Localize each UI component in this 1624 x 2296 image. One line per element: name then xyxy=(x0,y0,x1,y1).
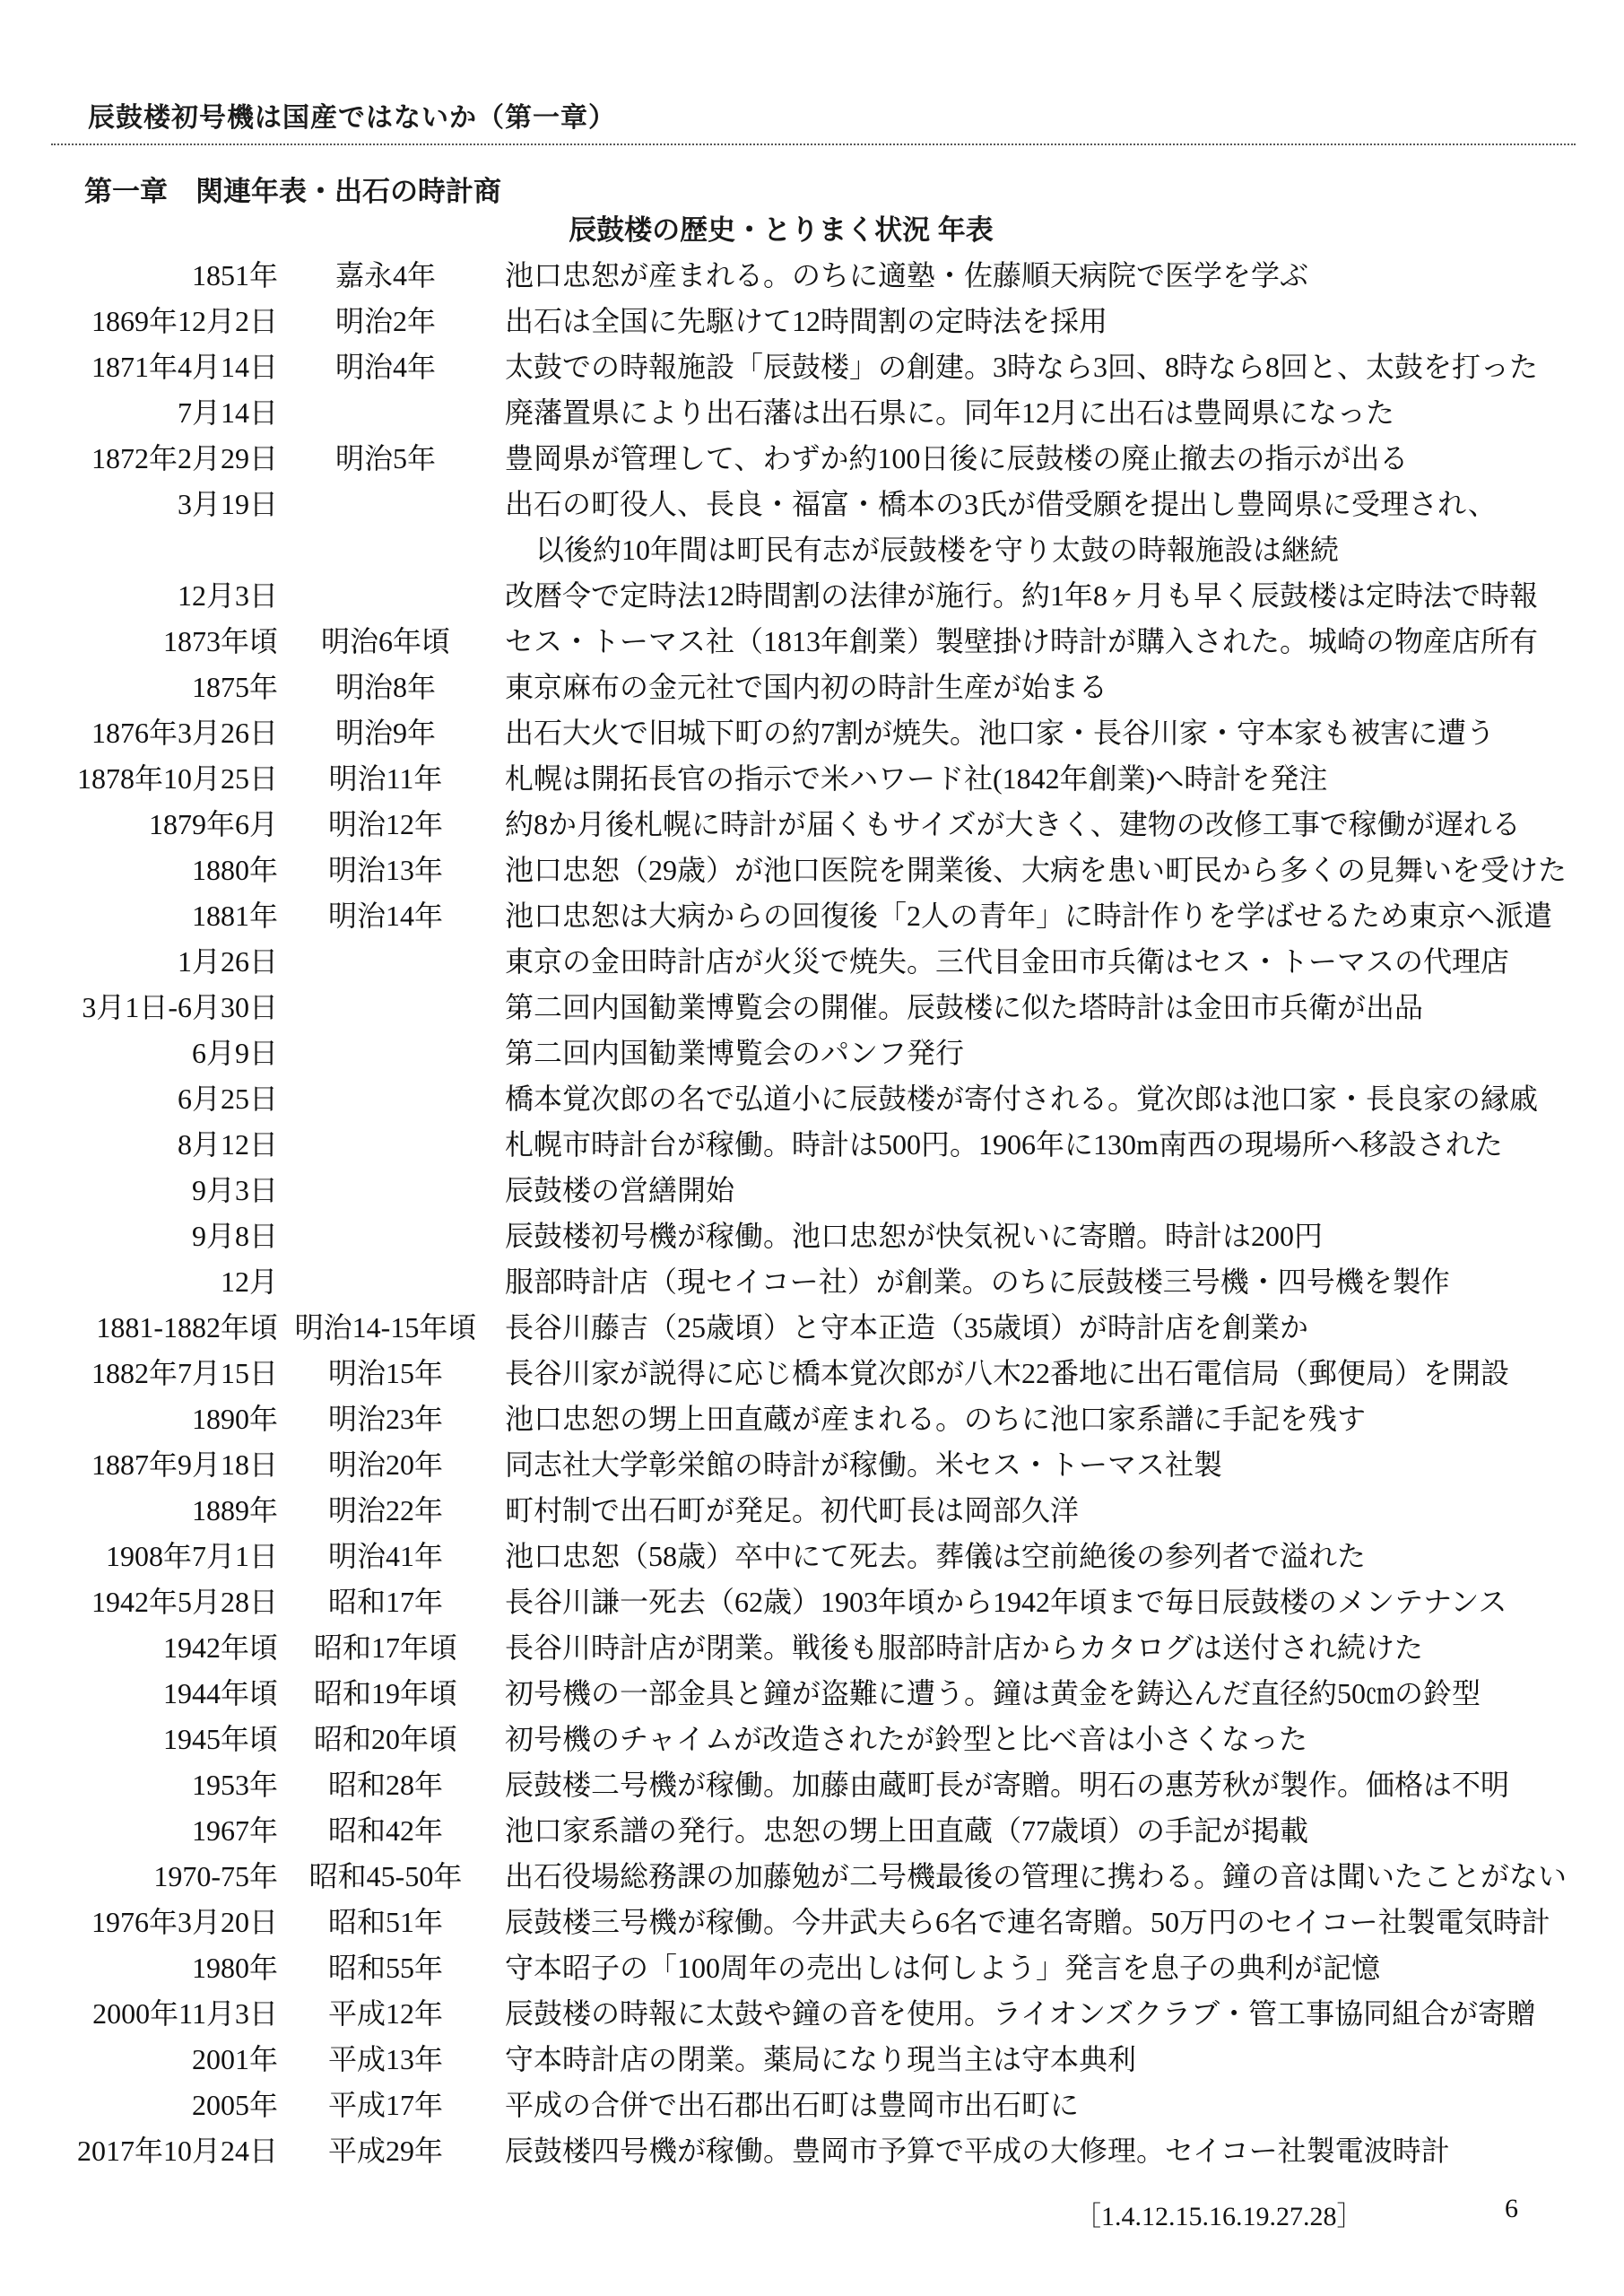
desc-cell: 第二回内国勧業博覧会のパンフ発行 xyxy=(505,1031,964,1076)
date-cell: 1875年 xyxy=(36,665,278,710)
timeline-row: 6月9日 第二回内国勧業博覧会のパンフ発行 xyxy=(36,1031,1596,1076)
timeline-row: 1869年12月2日 明治2年 出石は全国に先駆けて12時間割の定時法を採用 xyxy=(36,299,1596,344)
era-cell: 昭和45-50年 xyxy=(287,1854,484,1900)
timeline-row: 2017年10月24日 平成29年 辰鼓楼四号機が稼働。豊岡市予算で平成の大修理… xyxy=(36,2128,1596,2174)
desc-cell: 辰鼓楼二号機が稼働。加藤由蔵町長が寄贈。明石の惠芳秋が製作。価格は不明 xyxy=(505,1762,1509,1808)
date-cell: 1878年10月25日 xyxy=(36,756,278,802)
date-cell: 12月 xyxy=(36,1259,278,1305)
date-cell: 1869年12月2日 xyxy=(36,299,278,344)
timeline-row: 1881-1882年頃 明治14-15年頃 長谷川藤吉（25歳頃）と守本正造（3… xyxy=(36,1305,1596,1351)
timeline-row: 8月12日 札幌市時計台が稼働。時計は500円。1906年に130m南西の現場所… xyxy=(36,1122,1596,1168)
date-cell: 1970-75年 xyxy=(36,1854,278,1900)
page-number: 6 xyxy=(1505,2194,1518,2224)
chapter-title: 第一章 関連年表・出石の時計商 xyxy=(84,169,501,209)
desc-cell: 辰鼓楼の営繕開始 xyxy=(505,1168,734,1213)
date-cell: 1942年5月28日 xyxy=(36,1579,278,1625)
date-cell: 6月25日 xyxy=(36,1076,278,1122)
date-cell: 1887年9月18日 xyxy=(36,1442,278,1488)
date-cell: 1873年頃 xyxy=(36,619,278,665)
timeline-row: 1890年 明治23年 池口忠恕の甥上田直蔵が産まれる。のちに池口家系譜に手記を… xyxy=(36,1396,1596,1442)
date-cell: 1851年 xyxy=(36,253,278,299)
date-cell: 1880年 xyxy=(36,848,278,893)
timeline-row: 1873年頃 明治6年頃 セス・トーマス社（1813年創業）製壁掛け時計が購入さ… xyxy=(36,619,1596,665)
era-cell: 昭和17年 xyxy=(287,1579,484,1625)
timeline-row: 6月25日 橋本覚次郎の名で弘道小に辰鼓楼が寄付される。覚次郎は池口家・長良家の… xyxy=(36,1076,1596,1122)
desc-cell: 豊岡県が管理して、わずか約100日後に辰鼓楼の廃止撤去の指示が出る xyxy=(505,436,1408,482)
date-cell: 1889年 xyxy=(36,1488,278,1534)
desc-cell: 出石大火で旧城下町の約7割が焼失。池口家・長谷川家・守本家も被害に遭う xyxy=(505,710,1495,756)
date-cell: 1980年 xyxy=(36,1945,278,1991)
era-cell: 明治6年頃 xyxy=(287,619,484,665)
timeline-row: 1879年6月 明治12年 約8か月後札幌に時計が届くもサイズが大きく、建物の改… xyxy=(36,802,1596,848)
footer-references: ［1.4.12.15.16.19.27.28］ xyxy=(1074,2194,1364,2233)
timeline-row: 1980年 昭和55年 守本昭子の「100周年の売出しは何しよう」発言を息子の典… xyxy=(36,1945,1596,1991)
timeline-row: 9月8日 辰鼓楼初号機が稼働。池口忠恕が快気祝いに寄贈。時計は200円 xyxy=(36,1213,1596,1259)
date-cell: 1881年 xyxy=(36,893,278,939)
timeline-row: 1880年 明治13年 池口忠恕（29歳）が池口医院を開業後、大病を患い町民から… xyxy=(36,848,1596,893)
date-cell: 2001年 xyxy=(36,2037,278,2083)
date-cell: 6月9日 xyxy=(36,1031,278,1076)
desc-cell: 池口家系譜の発行。忠恕の甥上田直蔵（77歳頃）の手記が掲載 xyxy=(505,1808,1308,1854)
desc-cell: 池口忠恕（58歳）卒中にて死去。葬儀は空前絶後の参列者で溢れた xyxy=(505,1534,1366,1579)
running-header: 辰鼓楼初号機は国産ではないか（第一章） xyxy=(88,95,616,135)
era-cell: 昭和17年頃 xyxy=(287,1625,484,1671)
timeline-row: 3月19日 出石の町役人、長良・福富・橋本の3氏が借受願を提出し豊岡県に受理され… xyxy=(36,482,1596,527)
timeline-row: 1882年7月15日 明治15年 長谷川家が説得に応じ橋本覚次郎が八木22番地に… xyxy=(36,1351,1596,1396)
timeline-table: 1851年 嘉永4年 池口忠恕が産まれる。のちに適塾・佐藤順天病院で医学を学ぶ … xyxy=(36,253,1596,2174)
header-divider xyxy=(51,143,1576,145)
timeline-row: 2001年 平成13年 守本時計店の閉業。薬局になり現当主は守本典利 xyxy=(36,2037,1596,2083)
era-cell: 昭和42年 xyxy=(287,1808,484,1854)
desc-cell: 長谷川家が説得に応じ橋本覚次郎が八木22番地に出石電信局（郵便局）を開設 xyxy=(505,1351,1509,1396)
timeline-row: 1月26日 東京の金田時計店が火災で焼失。三代目金田市兵衛はセス・トーマスの代理… xyxy=(36,939,1596,985)
desc-cell: 札幌は開拓長官の指示で米ハワード社(1842年創業)へ時計を発注 xyxy=(505,756,1327,802)
era-cell: 昭和55年 xyxy=(287,1945,484,1991)
era-cell: 明治4年 xyxy=(287,344,484,390)
desc-cell: 守本時計店の閉業。薬局になり現当主は守本典利 xyxy=(505,2037,1136,2083)
desc-cell: 東京の金田時計店が火災で焼失。三代目金田市兵衛はセス・トーマスの代理店 xyxy=(505,939,1509,985)
date-cell: 9月3日 xyxy=(36,1168,278,1213)
era-cell: 明治8年 xyxy=(287,665,484,710)
date-cell: 1942年頃 xyxy=(36,1625,278,1671)
era-cell: 明治15年 xyxy=(287,1351,484,1396)
desc-cell: 辰鼓楼四号機が稼働。豊岡市予算で平成の大修理。セイコー社製電波時計 xyxy=(505,2128,1450,2174)
desc-cell: 太鼓での時報施設「辰鼓楼」の創建。3時なら3回、8時なら8回と、太鼓を打った xyxy=(505,344,1538,390)
timeline-row: 1945年頃 昭和20年頃 初号機のチャイムが改造されたが鈴型と比べ音は小さくな… xyxy=(36,1717,1596,1762)
timeline-row: 1953年 昭和28年 辰鼓楼二号機が稼働。加藤由蔵町長が寄贈。明石の惠芳秋が製… xyxy=(36,1762,1596,1808)
timeline-row: 2005年 平成17年 平成の合併で出石郡出石町は豊岡市出石町に xyxy=(36,2083,1596,2128)
date-cell: 1872年2月29日 xyxy=(36,436,278,482)
document-page: 辰鼓楼初号機は国産ではないか（第一章） 第一章 関連年表・出石の時計商 辰鼓楼の… xyxy=(0,0,1624,2296)
date-cell: 1879年6月 xyxy=(36,802,278,848)
desc-cell: 第二回内国勧業博覧会の開催。辰鼓楼に似た塔時計は金田市兵衛が出品 xyxy=(505,985,1423,1031)
timeline-table-title: 辰鼓楼の歴史・とりまく状況 年表 xyxy=(0,207,1562,248)
date-cell: 1945年頃 xyxy=(36,1717,278,1762)
desc-cell: 初号機の一部金具と鐘が盗難に遭う。鐘は黄金を鋳込んだ直径約50㎝の鈴型 xyxy=(505,1671,1481,1717)
timeline-row: 1908年7月1日 明治41年 池口忠恕（58歳）卒中にて死去。葬儀は空前絶後の… xyxy=(36,1534,1596,1579)
timeline-row: 1942年5月28日 昭和17年 長谷川謙一死去（62歳）1903年頃から194… xyxy=(36,1579,1596,1625)
desc-cell: 出石役場総務課の加藤勉が二号機最後の管理に携わる。鐘の音は聞いたことがない xyxy=(505,1854,1567,1900)
era-cell: 明治2年 xyxy=(287,299,484,344)
timeline-row: 12月 服部時計店（現セイコー社）が創業。のちに辰鼓楼三号機・四号機を製作 xyxy=(36,1259,1596,1305)
era-cell: 明治23年 xyxy=(287,1396,484,1442)
desc-cell: 服部時計店（現セイコー社）が創業。のちに辰鼓楼三号機・四号機を製作 xyxy=(505,1259,1450,1305)
timeline-row: 9月3日 辰鼓楼の営繕開始 xyxy=(36,1168,1596,1213)
date-cell: 12月3日 xyxy=(36,573,278,619)
era-cell: 明治14年 xyxy=(287,893,484,939)
era-cell: 平成29年 xyxy=(287,2128,484,2174)
desc-cell: 池口忠恕は大病からの回復後「2人の青年」に時計作りを学ばせるため東京へ派遣 xyxy=(505,893,1552,939)
date-cell: 2000年11月3日 xyxy=(36,1991,278,2037)
era-cell: 昭和28年 xyxy=(287,1762,484,1808)
date-cell: 1876年3月26日 xyxy=(36,710,278,756)
era-cell: 明治41年 xyxy=(287,1534,484,1579)
desc-cell: 守本昭子の「100周年の売出しは何しよう」発言を息子の典利が記憶 xyxy=(505,1945,1380,1991)
desc-cell: 同志社大学彰栄館の時計が稼働。米セス・トーマス社製 xyxy=(505,1442,1222,1488)
desc-cell: 長谷川時計店が閉業。戦後も服部時計店からカタログは送付され続けた xyxy=(505,1625,1423,1671)
era-cell: 平成17年 xyxy=(287,2083,484,2128)
desc-cell: 町村制で出石町が発足。初代町長は岡部久洋 xyxy=(505,1488,1079,1534)
era-cell: 平成13年 xyxy=(287,2037,484,2083)
timeline-row: 1967年 昭和42年 池口家系譜の発行。忠恕の甥上田直蔵（77歳頃）の手記が掲… xyxy=(36,1808,1596,1854)
timeline-row: 以後約10年間は町民有志が辰鼓楼を守り太鼓の時報施設は継続 xyxy=(36,527,1596,573)
era-cell: 明治11年 xyxy=(287,756,484,802)
timeline-row: 1876年3月26日 明治9年 出石大火で旧城下町の約7割が焼失。池口家・長谷川… xyxy=(36,710,1596,756)
era-cell: 平成12年 xyxy=(287,1991,484,2037)
era-cell: 明治13年 xyxy=(287,848,484,893)
desc-cell: 辰鼓楼初号機が稼働。池口忠恕が快気祝いに寄贈。時計は200円 xyxy=(505,1213,1323,1259)
desc-cell: 池口忠恕の甥上田直蔵が産まれる。のちに池口家系譜に手記を残す xyxy=(505,1396,1366,1442)
timeline-row: 1889年 明治22年 町村制で出石町が発足。初代町長は岡部久洋 xyxy=(36,1488,1596,1534)
era-cell: 昭和19年頃 xyxy=(287,1671,484,1717)
timeline-row: 1878年10月25日 明治11年 札幌は開拓長官の指示で米ハワード社(1842… xyxy=(36,756,1596,802)
desc-cell: 平成の合併で出石郡出石町は豊岡市出石町に xyxy=(505,2083,1079,2128)
era-cell: 明治20年 xyxy=(287,1442,484,1488)
era-cell: 嘉永4年 xyxy=(287,253,484,299)
desc-cell: 長谷川藤吉（25歳頃）と守本正造（35歳頃）が時計店を創業か xyxy=(505,1305,1308,1351)
date-cell: 1976年3月20日 xyxy=(36,1900,278,1945)
timeline-row: 1881年 明治14年 池口忠恕は大病からの回復後「2人の青年」に時計作りを学ば… xyxy=(36,893,1596,939)
desc-cell: セス・トーマス社（1813年創業）製壁掛け時計が購入された。城崎の物産店所有 xyxy=(505,619,1538,665)
desc-cell: 改暦令で定時法12時間割の法律が施行。約1年8ヶ月も早く辰鼓楼は定時法で時報 xyxy=(505,573,1538,619)
timeline-row: 1887年9月18日 明治20年 同志社大学彰栄館の時計が稼働。米セス・トーマス… xyxy=(36,1442,1596,1488)
date-cell: 1881-1882年頃 xyxy=(36,1305,278,1351)
desc-cell: 橋本覚次郎の名で弘道小に辰鼓楼が寄付される。覚次郎は池口家・長良家の縁戚 xyxy=(505,1076,1538,1122)
date-cell: 1908年7月1日 xyxy=(36,1534,278,1579)
date-cell: 8月12日 xyxy=(36,1122,278,1168)
era-cell: 昭和20年頃 xyxy=(287,1717,484,1762)
desc-cell: 出石の町役人、長良・福富・橋本の3氏が借受願を提出し豊岡県に受理され、 xyxy=(505,482,1497,527)
era-cell: 明治9年 xyxy=(287,710,484,756)
date-cell: 3月1日-6月30日 xyxy=(36,985,278,1031)
desc-cell: 池口忠恕が産まれる。のちに適塾・佐藤順天病院で医学を学ぶ xyxy=(505,253,1308,299)
timeline-row: 1851年 嘉永4年 池口忠恕が産まれる。のちに適塾・佐藤順天病院で医学を学ぶ xyxy=(36,253,1596,299)
timeline-row: 1871年4月14日 明治4年 太鼓での時報施設「辰鼓楼」の創建。3時なら3回、… xyxy=(36,344,1596,390)
desc-cell: 長谷川謙一死去（62歳）1903年頃から1942年頃まで毎日辰鼓楼のメンテナンス xyxy=(505,1579,1507,1625)
date-cell: 2005年 xyxy=(36,2083,278,2128)
desc-cell: 辰鼓楼三号機が稼働。今井武夫ら6名で連名寄贈。50万円のセイコー社製電気時計 xyxy=(505,1900,1550,1945)
era-cell: 明治22年 xyxy=(287,1488,484,1534)
date-cell: 1953年 xyxy=(36,1762,278,1808)
timeline-row: 1944年頃 昭和19年頃 初号機の一部金具と鐘が盗難に遭う。鐘は黄金を鋳込んだ… xyxy=(36,1671,1596,1717)
date-cell: 1890年 xyxy=(36,1396,278,1442)
timeline-row: 1875年 明治8年 東京麻布の金元社で国内初の時計生産が始まる xyxy=(36,665,1596,710)
date-cell: 3月19日 xyxy=(36,482,278,527)
date-cell: 1967年 xyxy=(36,1808,278,1854)
date-cell: 1882年7月15日 xyxy=(36,1351,278,1396)
desc-cell: 廃藩置県により出石藩は出石県に。同年12月に出石は豊岡県になった xyxy=(505,390,1394,436)
timeline-row: 7月14日 廃藩置県により出石藩は出石県に。同年12月に出石は豊岡県になった xyxy=(36,390,1596,436)
date-cell: 1944年頃 xyxy=(36,1671,278,1717)
timeline-row: 1976年3月20日 昭和51年 辰鼓楼三号機が稼働。今井武夫ら6名で連名寄贈。… xyxy=(36,1900,1596,1945)
desc-cell: 約8か月後札幌に時計が届くもサイズが大きく、建物の改修工事で稼働が遅れる xyxy=(505,802,1521,848)
timeline-row: 1942年頃 昭和17年頃 長谷川時計店が閉業。戦後も服部時計店からカタログは送… xyxy=(36,1625,1596,1671)
timeline-row: 3月1日-6月30日 第二回内国勧業博覧会の開催。辰鼓楼に似た塔時計は金田市兵衛… xyxy=(36,985,1596,1031)
desc-cell: 以後約10年間は町民有志が辰鼓楼を守り太鼓の時報施設は継続 xyxy=(505,527,1339,573)
timeline-row: 1970-75年 昭和45-50年 出石役場総務課の加藤勉が二号機最後の管理に携… xyxy=(36,1854,1596,1900)
era-cell: 明治12年 xyxy=(287,802,484,848)
desc-cell: 池口忠恕（29歳）が池口医院を開業後、大病を患い町民から多くの見舞いを受けた xyxy=(505,848,1567,893)
timeline-row: 12月3日 改暦令で定時法12時間割の法律が施行。約1年8ヶ月も早く辰鼓楼は定時… xyxy=(36,573,1596,619)
date-cell: 2017年10月24日 xyxy=(36,2128,278,2174)
page-footer: ［1.4.12.15.16.19.27.28］ 6 xyxy=(0,2194,1624,2239)
timeline-row: 1872年2月29日 明治5年 豊岡県が管理して、わずか約100日後に辰鼓楼の廃… xyxy=(36,436,1596,482)
desc-cell: 初号機のチャイムが改造されたが鈴型と比べ音は小さくなった xyxy=(505,1717,1307,1762)
era-cell: 明治5年 xyxy=(287,436,484,482)
date-cell: 7月14日 xyxy=(36,390,278,436)
date-cell: 9月8日 xyxy=(36,1213,278,1259)
era-cell: 明治14-15年頃 xyxy=(287,1305,484,1351)
era-cell: 昭和51年 xyxy=(287,1900,484,1945)
date-cell: 1月26日 xyxy=(36,939,278,985)
desc-cell: 辰鼓楼の時報に太鼓や鐘の音を使用。ライオンズクラブ・管工事協同組合が寄贈 xyxy=(505,1991,1535,2037)
desc-cell: 札幌市時計台が稼働。時計は500円。1906年に130m南西の現場所へ移設された xyxy=(505,1122,1503,1168)
desc-cell: 出石は全国に先駆けて12時間割の定時法を採用 xyxy=(505,299,1107,344)
date-cell: 1871年4月14日 xyxy=(36,344,278,390)
desc-cell: 東京麻布の金元社で国内初の時計生産が始まる xyxy=(505,665,1107,710)
timeline-row: 2000年11月3日 平成12年 辰鼓楼の時報に太鼓や鐘の音を使用。ライオンズク… xyxy=(36,1991,1596,2037)
